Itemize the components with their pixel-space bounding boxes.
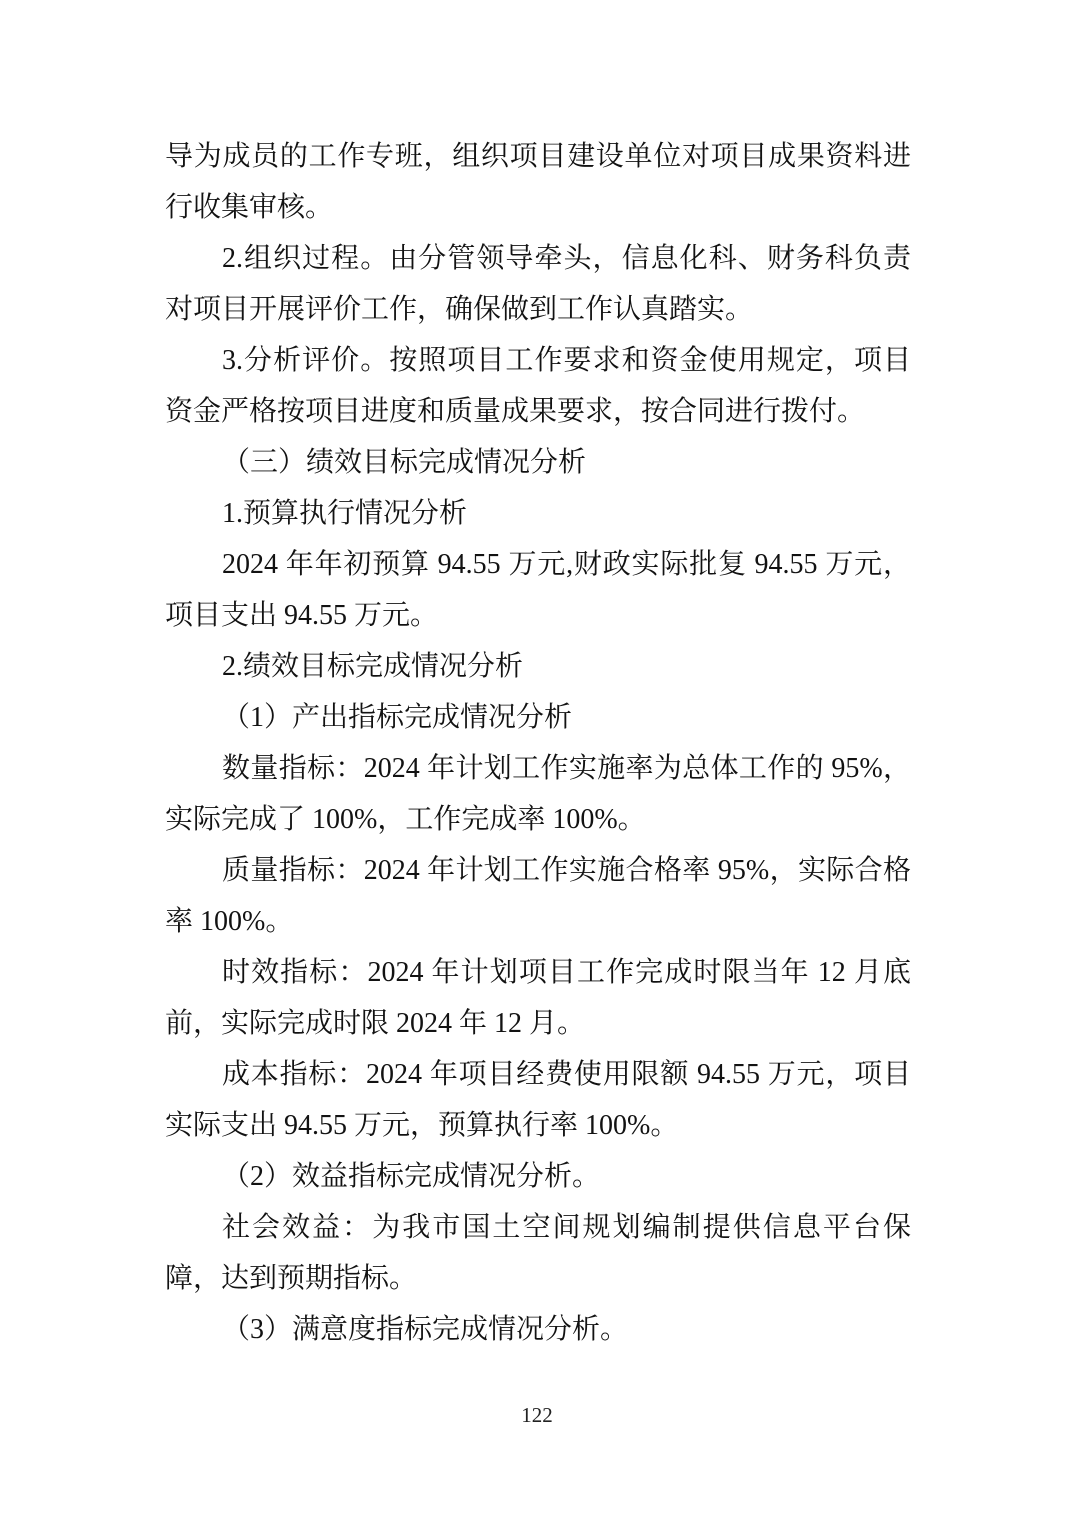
text-line: 障，达到预期指标。 [165, 1253, 911, 1304]
sub-heading: 1.预算执行情况分析 [165, 488, 911, 539]
text-line: 率 100%。 [165, 896, 911, 947]
text-line: 数量指标：2024 年计划工作实施率为总体工作的 95%， [165, 743, 911, 794]
text-line: 资金严格按项目进度和质量成果要求，按合同进行拨付。 [165, 386, 911, 437]
text-line: 实际完成了 100%，工作完成率 100%。 [165, 794, 911, 845]
text-line: 2024 年年初预算 94.55 万元,财政实际批复 94.55 万元， [165, 539, 911, 590]
text-line: 项目支出 94.55 万元。 [165, 590, 911, 641]
text-line: 社会效益：为我市国土空间规划编制提供信息平台保 [165, 1202, 911, 1253]
document-body: 导为成员的工作专班，组织项目建设单位对项目成果资料进 行收集审核。 2.组织过程… [165, 131, 911, 1355]
page-number: 122 [521, 1403, 553, 1427]
text-line: 3.分析评价。按照项目工作要求和资金使用规定，项目 [165, 335, 911, 386]
sub-heading: 2.绩效目标完成情况分析 [165, 641, 911, 692]
text-line: 实际支出 94.55 万元，预算执行率 100%。 [165, 1100, 911, 1151]
text-line: 前，实际完成时限 2024 年 12 月。 [165, 998, 911, 1049]
document-page: 导为成员的工作专班，组织项目建设单位对项目成果资料进 行收集审核。 2.组织过程… [0, 0, 1074, 1520]
text-line: 行收集审核。 [165, 182, 911, 233]
sub-heading: （1）产出指标完成情况分析 [165, 692, 911, 743]
page-footer: 122 [0, 1398, 1074, 1432]
text-line: 对项目开展评价工作，确保做到工作认真踏实。 [165, 284, 911, 335]
section-heading: （三）绩效目标完成情况分析 [165, 437, 911, 488]
text-line: 质量指标：2024 年计划工作实施合格率 95%，实际合格 [165, 845, 911, 896]
sub-heading: （2）效益指标完成情况分析。 [165, 1151, 911, 1202]
text-line: 导为成员的工作专班，组织项目建设单位对项目成果资料进 [165, 131, 911, 182]
text-line: 时效指标：2024 年计划项目工作完成时限当年 12 月底 [165, 947, 911, 998]
text-line: 成本指标：2024 年项目经费使用限额 94.55 万元，项目 [165, 1049, 911, 1100]
text-line: 2.组织过程。由分管领导牵头，信息化科、财务科负责 [165, 233, 911, 284]
sub-heading: （3）满意度指标完成情况分析。 [165, 1304, 911, 1355]
